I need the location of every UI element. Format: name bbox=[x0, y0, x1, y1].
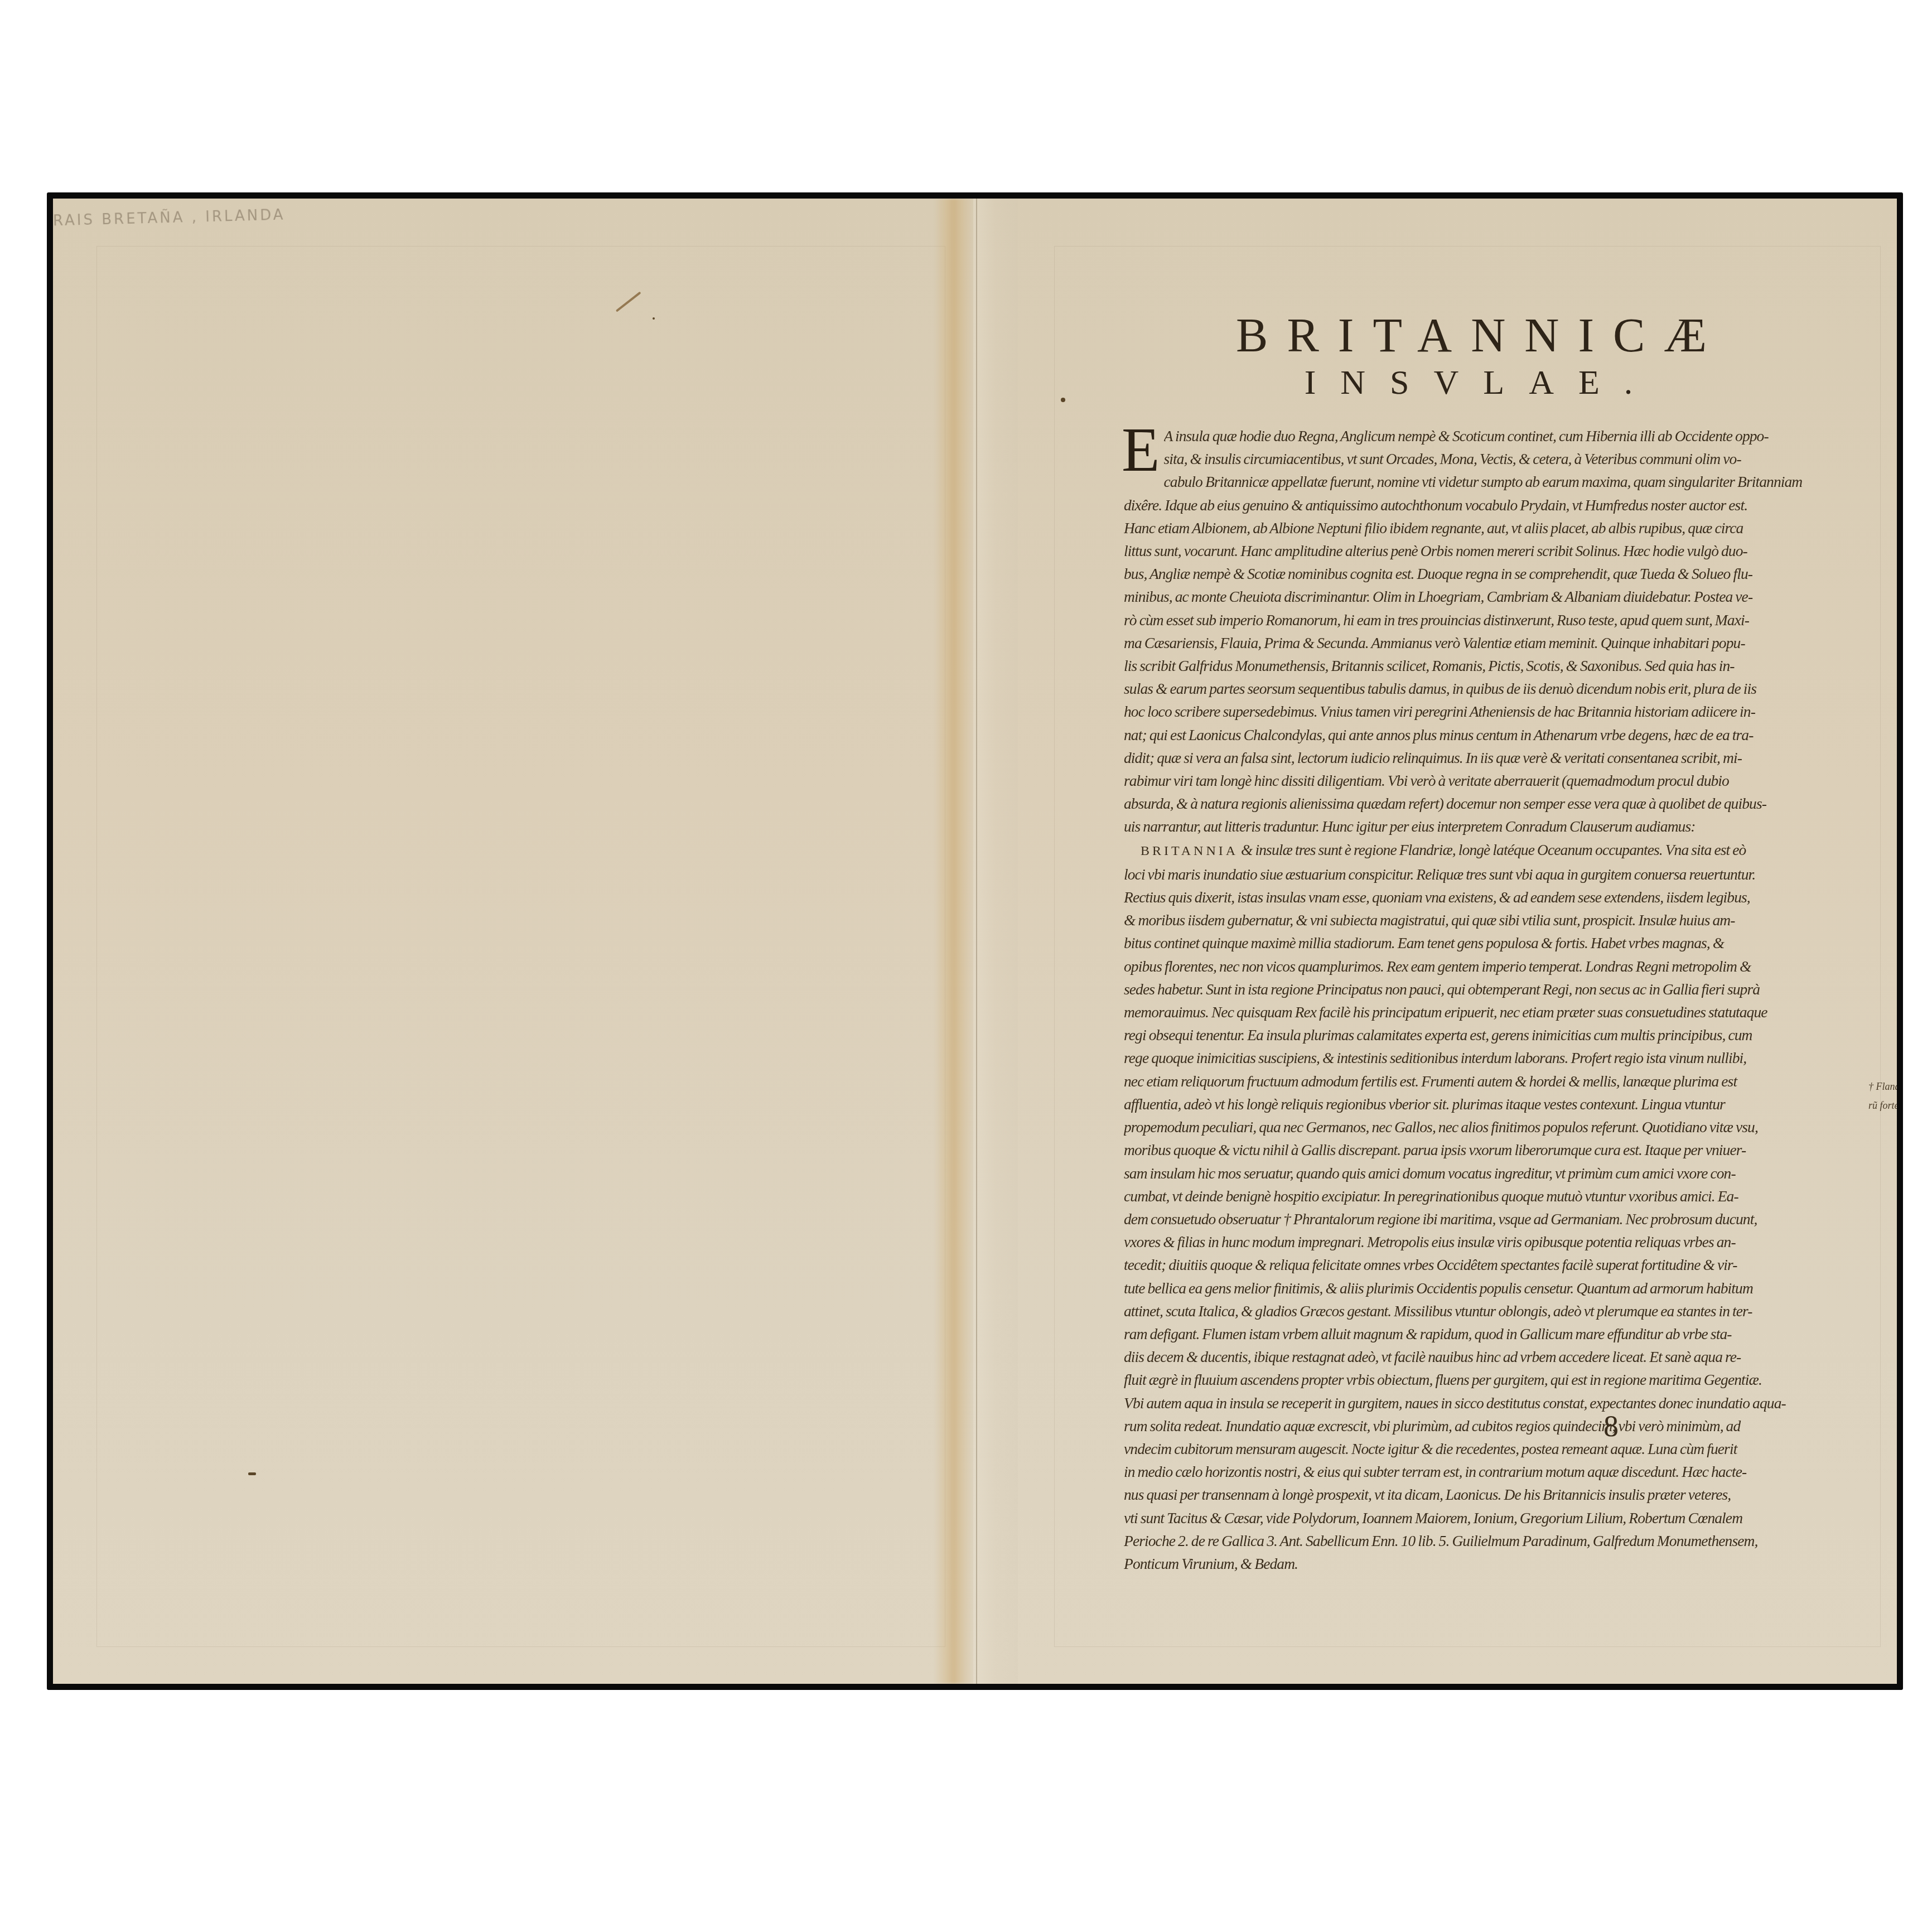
page-number: 8 bbox=[1603, 1409, 1619, 1443]
text-line: rege quoque inimicitias suscipiens, & in… bbox=[1124, 1046, 1849, 1069]
text-line: sam insulam hic mos seruatur, quando qui… bbox=[1124, 1162, 1849, 1185]
text-line: in medio cælo horizontis nostri, & eius … bbox=[1124, 1460, 1849, 1483]
text-line: moribus quoque & victu nihil à Gallis di… bbox=[1124, 1138, 1849, 1161]
text-line: affluentia, adeò vt his longè reliquis r… bbox=[1124, 1093, 1849, 1115]
text-line: minibus, ac monte Cheuiota discriminantu… bbox=[1124, 585, 1849, 608]
text-line: rò cùm esset sub imperio Romanorum, hi e… bbox=[1124, 608, 1849, 631]
text-line: cumbat, vt deinde benignè hospitio excip… bbox=[1124, 1185, 1849, 1207]
text-line: dem consuetudo obseruatur † Phrantalorum… bbox=[1124, 1207, 1849, 1230]
text-line: tecedit; diuitiis quoque & reliqua felic… bbox=[1124, 1253, 1849, 1276]
text-line: absurda, & à natura regionis alienissima… bbox=[1124, 792, 1849, 815]
text-line: rum solita redeat. Inundatio aquæ excres… bbox=[1124, 1414, 1849, 1437]
scan-frame: RAIS BRETAÑA , IRLANDA BRITANNICÆ INSVLA… bbox=[47, 192, 1903, 1690]
text-line: regi obsequi tenentur. Ea insula plurima… bbox=[1124, 1023, 1849, 1046]
text-line: sedes habetur. Sunt in ista regione Prin… bbox=[1124, 978, 1849, 1001]
text-line: memorauimus. Nec quisquam Rex facilè his… bbox=[1124, 1001, 1849, 1023]
plate-mark-left bbox=[96, 246, 945, 1647]
text-line: diis decem & ducentis, ibique restagnat … bbox=[1124, 1345, 1849, 1368]
text-line: dixêre. Idque ab eius genuino & antiquis… bbox=[1124, 494, 1849, 516]
text-line: opibus florentes, nec non vicos quamplur… bbox=[1124, 955, 1849, 978]
text-line: rabimur viri tam longè hinc dissiti dili… bbox=[1124, 769, 1849, 792]
text-line: didit; quæ si vera an falsa sint, lector… bbox=[1124, 746, 1849, 769]
text-line: sita, & insulis circumiacentibus, vt sun… bbox=[1164, 447, 1849, 470]
text-line: nus quasi per transennam à longè prospex… bbox=[1124, 1483, 1849, 1506]
text-line: fluit ægrè in fluuium ascendens propter … bbox=[1124, 1368, 1849, 1391]
text-line: Rectius quis dixerit, istas insulas vnam… bbox=[1124, 886, 1849, 909]
text-line: propemodum peculiari, qua nec Germanos, … bbox=[1124, 1115, 1849, 1138]
margin-note-line: † Flandro- bbox=[1868, 1077, 1903, 1096]
text-line: tute bellica ea gens melior finitimis, &… bbox=[1124, 1277, 1849, 1300]
text-line: & moribus iisdem gubernatur, & vni subie… bbox=[1124, 909, 1849, 931]
text-line: bitus continet quinque maximè millia sta… bbox=[1124, 931, 1849, 954]
text-line: A insula quæ hodie duo Regna, Anglicum n… bbox=[1164, 424, 1849, 447]
text-line: ma Cæsariensis, Flauia, Prima & Secunda.… bbox=[1124, 631, 1849, 654]
ink-speck bbox=[653, 317, 655, 320]
text-line: Ponticum Virunium, & Bedam. bbox=[1124, 1552, 1849, 1575]
text-line: cabulo Britannicæ appellatæ fuerunt, nom… bbox=[1164, 470, 1849, 493]
text-line: nec etiam reliquorum fructuum admodum fe… bbox=[1124, 1070, 1849, 1093]
paragraph-2-first-line: BRITANNIA & insulæ tres sunt è regione F… bbox=[1124, 838, 1849, 863]
margin-note-line: rũ forte. bbox=[1868, 1096, 1903, 1115]
ink-speck bbox=[1061, 398, 1065, 402]
text-line: attinet, scuta Italica, & gladios Græcos… bbox=[1124, 1300, 1849, 1322]
paragraph-lead-word: BRITANNIA bbox=[1141, 844, 1238, 858]
text-line: vti sunt Tacitus & Cæsar, vide Polydorum… bbox=[1124, 1506, 1849, 1529]
text-line: uis narrantur, aut litteris traduntur. H… bbox=[1124, 815, 1849, 838]
ink-speck bbox=[248, 1472, 256, 1475]
text-line: nat; qui est Laonicus Chalcondylas, qui … bbox=[1124, 723, 1849, 746]
margin-note: † Flandro- rũ forte. bbox=[1868, 1077, 1903, 1115]
text-line: hoc loco scribere supersedebimus. Vnius … bbox=[1124, 700, 1849, 723]
text-line: & insulæ tres sunt è regione Flandriæ, l… bbox=[1238, 841, 1746, 858]
paper-sheet: RAIS BRETAÑA , IRLANDA BRITANNICÆ INSVLA… bbox=[53, 199, 1897, 1684]
page-subtitle: INSVLAE. bbox=[1146, 363, 1815, 403]
text-line: littus sunt, vocarunt. Hanc amplitudine … bbox=[1124, 539, 1849, 562]
body-text: E A insula quæ hodie duo Regna, Anglicum… bbox=[1124, 424, 1849, 1575]
text-line: ram defigant. Flumen istam vrbem alluit … bbox=[1124, 1322, 1849, 1345]
text-line: lis scribit Galfridus Monumethensis, Bri… bbox=[1124, 654, 1849, 677]
text-line: Vbi autem aqua in insula se receperit in… bbox=[1124, 1392, 1849, 1414]
pencil-annotation: RAIS BRETAÑA , IRLANDA bbox=[53, 207, 286, 230]
page-title: BRITANNICÆ bbox=[1146, 307, 1815, 363]
text-line: sulas & earum partes seorsum sequentibus… bbox=[1124, 677, 1849, 700]
center-fold bbox=[973, 199, 1018, 1684]
text-line: vxores & filias in hunc modum impregnari… bbox=[1124, 1230, 1849, 1253]
center-fold-line bbox=[976, 199, 977, 1684]
text-line: loci vbi maris inundatio siue æstuarium … bbox=[1124, 863, 1849, 886]
text-line: bus, Angliæ nempè & Scotiæ nominibus cog… bbox=[1124, 562, 1849, 585]
text-line: Hanc etiam Albionem, ab Albione Neptuni … bbox=[1124, 516, 1849, 539]
text-line: Perioche 2. de re Gallica 3. Ant. Sabell… bbox=[1124, 1529, 1849, 1552]
center-fold-stain bbox=[934, 199, 973, 1684]
drop-cap: E bbox=[1122, 427, 1160, 474]
text-line: vndecim cubitorum mensuram augescit. Noc… bbox=[1124, 1437, 1849, 1460]
